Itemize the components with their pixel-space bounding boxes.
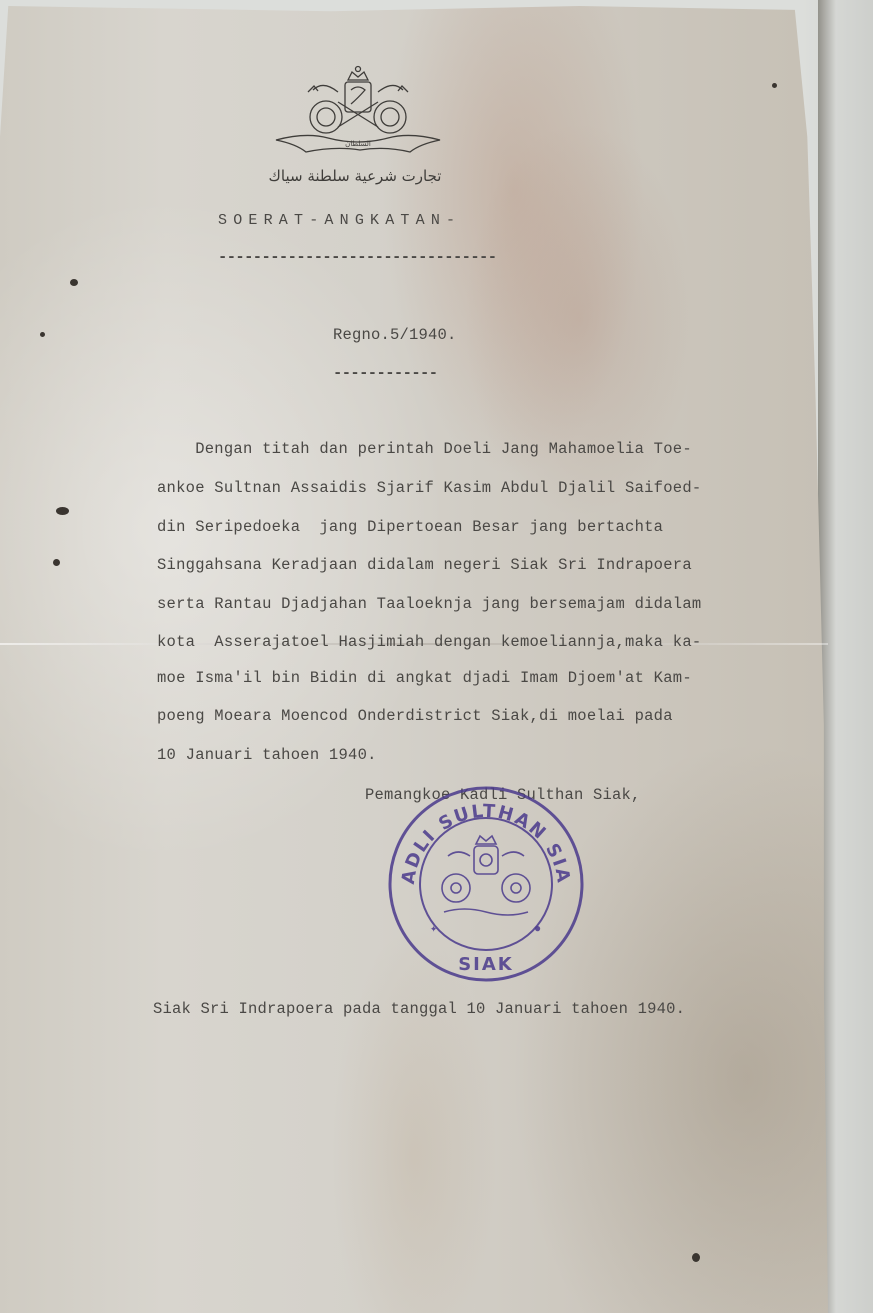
title-underline: -------------------------------- xyxy=(218,248,496,266)
registration-number: Regno.5/1940. xyxy=(333,326,457,344)
svg-text:السلطان: السلطان xyxy=(345,140,371,148)
paper-hole xyxy=(70,279,78,286)
body-line: din Seripedoeka jang Dipertoean Besar ja… xyxy=(157,518,663,536)
document-title: SOERAT-ANGKATAN- xyxy=(218,212,461,229)
official-seal-icon: KADLI SULTHAN SIAK SIAK ✦ ● xyxy=(386,784,586,984)
paper-hole xyxy=(40,332,45,337)
body-line: moe Isma'il bin Bidin di angkat djadi Im… xyxy=(157,669,692,687)
body-line: kota Asserajatoel Hasjimiah dengan kemoe… xyxy=(157,633,701,651)
body-line: serta Rantau Djadjahan Taaloeknja jang b… xyxy=(157,595,701,613)
body-line: Dengan titah dan perintah Doeli Jang Mah… xyxy=(157,440,692,458)
letterhead-arabic-heading: تجارت شرعية سلطنة سياك xyxy=(255,167,455,185)
body-line: 10 Januari tahoen 1940. xyxy=(157,746,377,764)
body-line: ankoe Sultnan Assaidis Sjarif Kasim Abdu… xyxy=(157,479,701,497)
document-sheet xyxy=(0,6,828,1313)
svg-text:●: ● xyxy=(534,922,541,936)
royal-crest-icon: السلطان xyxy=(268,62,448,162)
body-line: poeng Moeara Moencod Onderdistrict Siak,… xyxy=(157,707,673,725)
svg-text:KADLI SULTHAN SIAK: KADLI SULTHAN SIAK xyxy=(386,784,574,886)
paper-hole xyxy=(56,507,69,515)
body-line: Singgahsana Keradjaan didalam negeri Sia… xyxy=(157,556,692,574)
svg-text:SIAK: SIAK xyxy=(458,954,514,975)
paper-hole xyxy=(692,1253,700,1262)
paper-hole xyxy=(772,83,777,88)
paper-hole xyxy=(53,559,60,566)
closing-place-date: Siak Sri Indrapoera pada tanggal 10 Janu… xyxy=(153,1000,685,1018)
svg-text:✦: ✦ xyxy=(430,922,437,936)
registration-underline: ------------ xyxy=(333,364,437,382)
